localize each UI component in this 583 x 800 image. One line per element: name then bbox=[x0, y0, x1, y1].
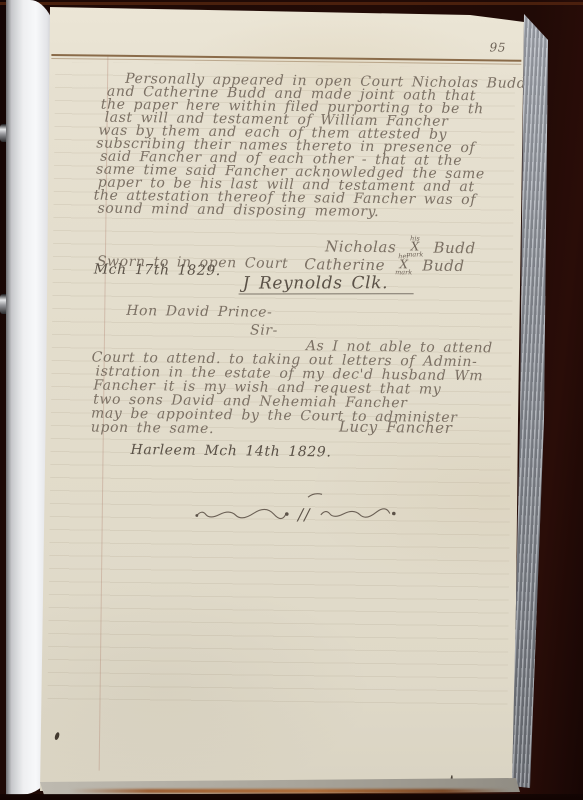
record-book-scan: 95 Personally appeared in open Court Nic… bbox=[0, 0, 583, 800]
page-number: 95 bbox=[489, 41, 506, 54]
her-mark-x: her X mark bbox=[395, 253, 412, 275]
letter-addressee: Hon David Prince- bbox=[126, 305, 272, 320]
ink-speck bbox=[54, 732, 60, 741]
flourish-left-icon bbox=[194, 507, 290, 522]
signer-last-name: Budd bbox=[422, 260, 464, 274]
letter-salutation: Sir- bbox=[250, 324, 278, 337]
bottom-highlight bbox=[70, 789, 510, 793]
letter-line: upon the same. bbox=[91, 422, 214, 437]
flourish-divider: // bbox=[194, 506, 397, 521]
page-content: 95 Personally appeared in open Court Nic… bbox=[42, 6, 522, 794]
mark-label-bottom: mark bbox=[395, 269, 412, 275]
flourish-right-icon bbox=[319, 507, 397, 519]
header-rule bbox=[51, 54, 521, 65]
clerk-signature: J Reynolds Clk. bbox=[239, 277, 414, 294]
divider-slashes: // bbox=[298, 507, 311, 520]
letter-dateline: Harleem Mch 14th 1829. bbox=[130, 444, 331, 459]
sworn-date: Mch 17th 1829. bbox=[94, 264, 221, 279]
photo-bottom-shadow bbox=[0, 794, 583, 800]
book-cover-edge bbox=[0, 2, 583, 5]
signer-first-name: Catherine bbox=[304, 258, 385, 272]
oath-line: sound mind and disposing memory. bbox=[97, 203, 379, 219]
letter-signature: Lucy Fancher bbox=[339, 421, 453, 435]
flourish-tick-icon bbox=[306, 491, 324, 499]
